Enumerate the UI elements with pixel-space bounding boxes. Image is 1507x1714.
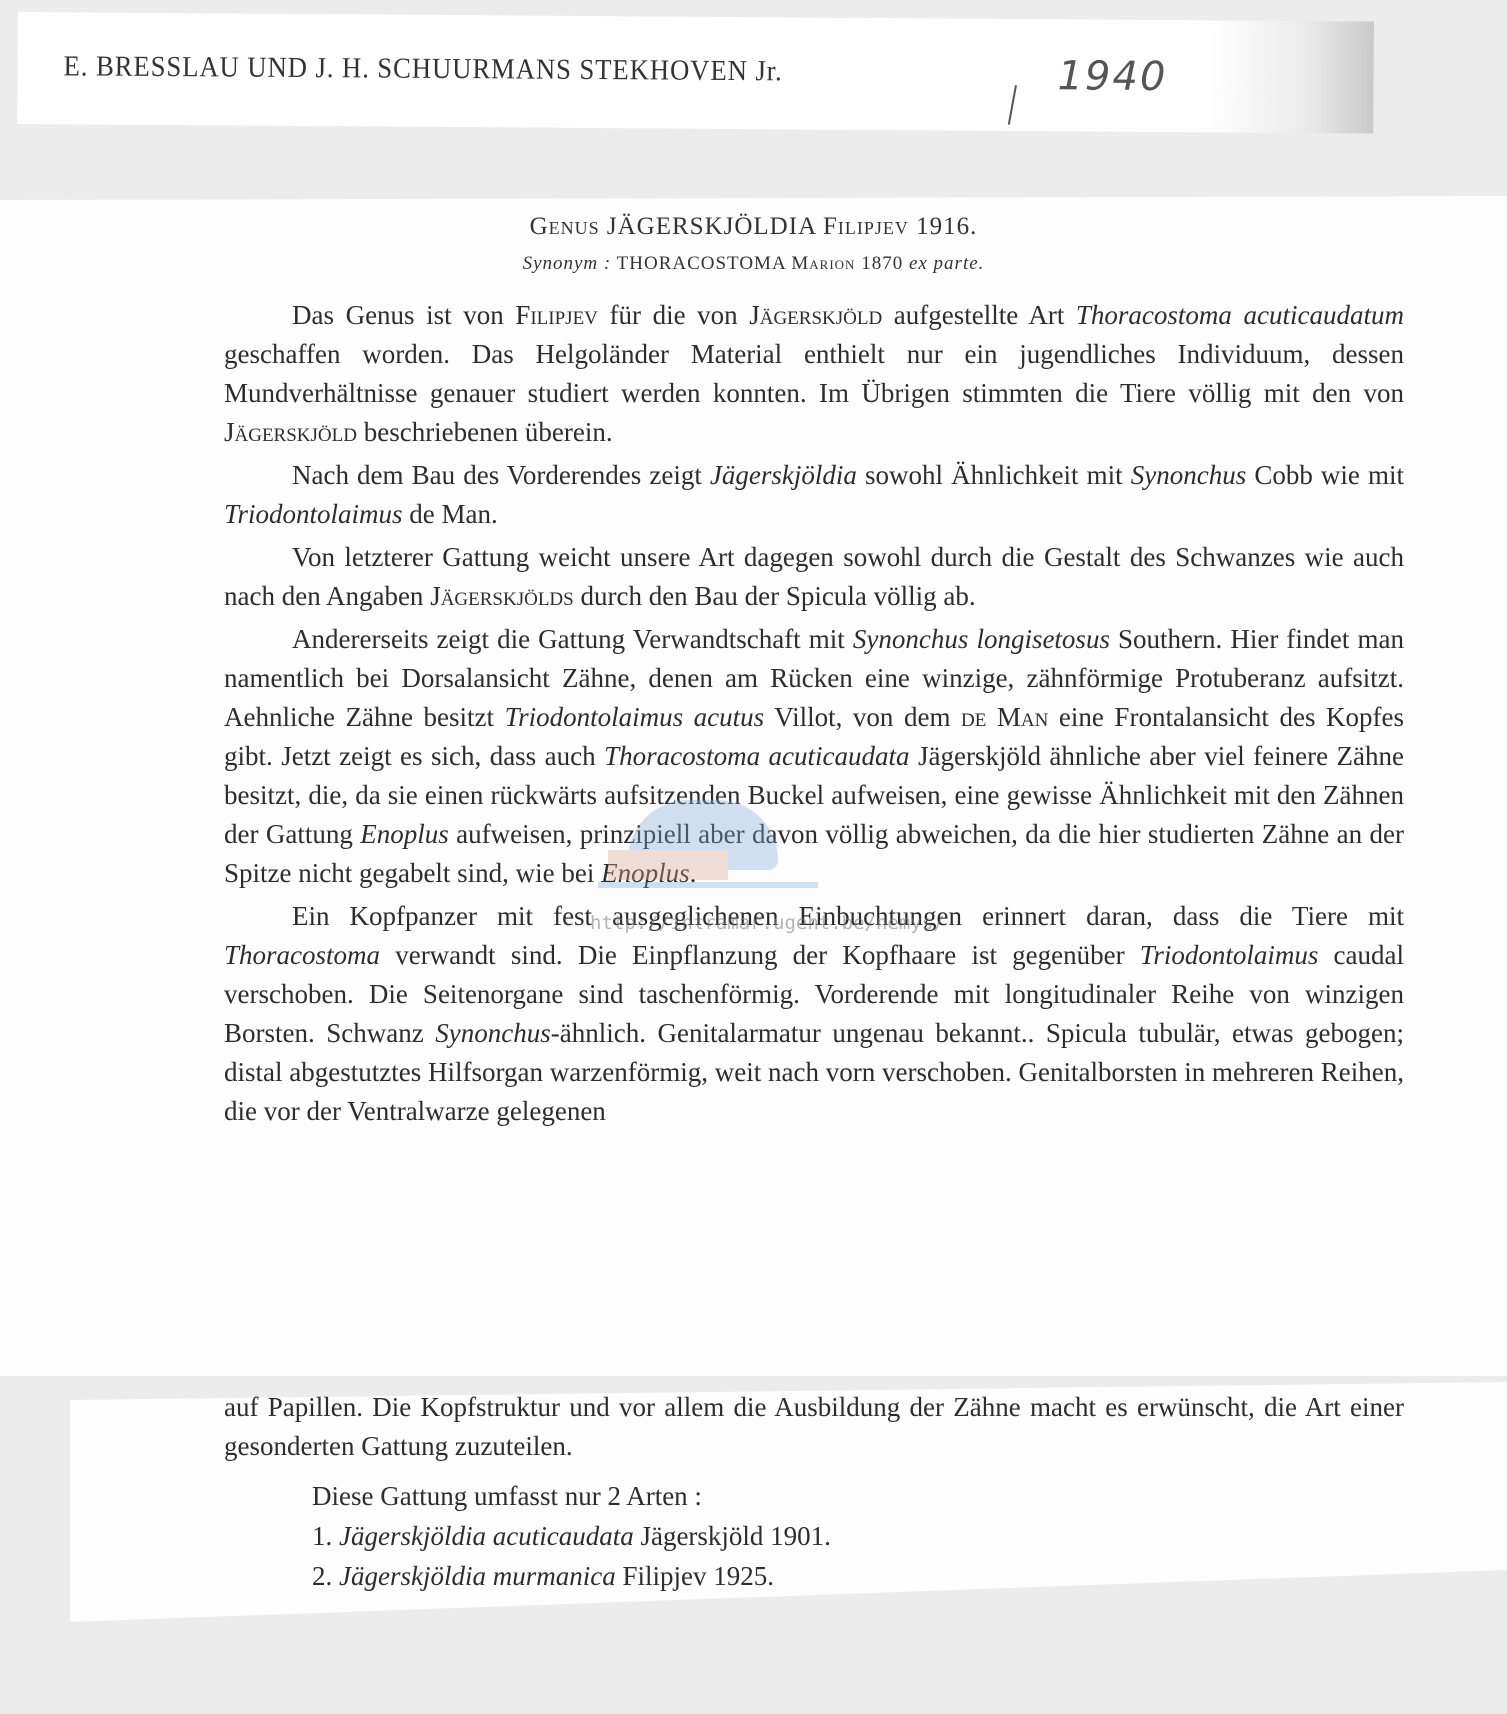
genus-author: Filipjev xyxy=(823,213,909,240)
body-text: Das Genus ist von Filipjev für die von J… xyxy=(224,296,1404,1131)
paragraph-2: Nach dem Bau des Vorderendes zeigt Jäger… xyxy=(224,456,1404,534)
handwritten-year: 1940 xyxy=(1057,53,1167,100)
paragraph-5: Ein Kopfpanzer mit fest ausgeglichenen E… xyxy=(224,897,1404,1131)
species-intro: Diese Gattung umfasst nur 2 Arten : xyxy=(312,1476,831,1516)
species-list: Diese Gattung umfasst nur 2 Arten : 1. J… xyxy=(312,1476,831,1596)
handwritten-mark xyxy=(1008,85,1017,125)
genus-heading: Genus JÄGERSKJÖLDIA Filipjev 1916. xyxy=(0,213,1507,241)
genus-year: 1916. xyxy=(916,213,977,240)
paragraph-5-continued: auf Papillen. Die Kopfstruktur und vor a… xyxy=(224,1388,1404,1466)
synonym-label: Synonym : xyxy=(523,253,612,274)
running-head: E. BRESSLAU UND J. H. SCHUURMANS STEKHOV… xyxy=(64,50,783,88)
running-head-slip: E. BRESSLAU UND J. H. SCHUURMANS STEKHOV… xyxy=(17,12,1374,133)
genus-prefix: Genus xyxy=(530,213,600,240)
paragraph-3: Von letzterer Gattung weicht unsere Art … xyxy=(224,538,1404,616)
synonym-line: Synonym : THORACOSTOMA Marion 1870 ex pa… xyxy=(0,253,1507,275)
paragraph-1: Das Genus ist von Filipjev für die von J… xyxy=(224,296,1404,452)
genus-name: JÄGERSKJÖLDIA xyxy=(607,213,816,240)
species-item: 1. Jägerskjöldia acuticaudata Jägerskjöl… xyxy=(312,1516,831,1556)
synonym-author: Marion xyxy=(791,253,855,274)
synonym-note: ex parte. xyxy=(909,253,984,274)
synonym-year: 1870 xyxy=(861,253,903,274)
species-item: 2. Jägerskjöldia murmanica Filipjev 1925… xyxy=(312,1556,831,1596)
paragraph-4: Andererseits zeigt die Gattung Verwandts… xyxy=(224,620,1404,893)
synonym-name: THORACOSTOMA xyxy=(617,253,786,274)
